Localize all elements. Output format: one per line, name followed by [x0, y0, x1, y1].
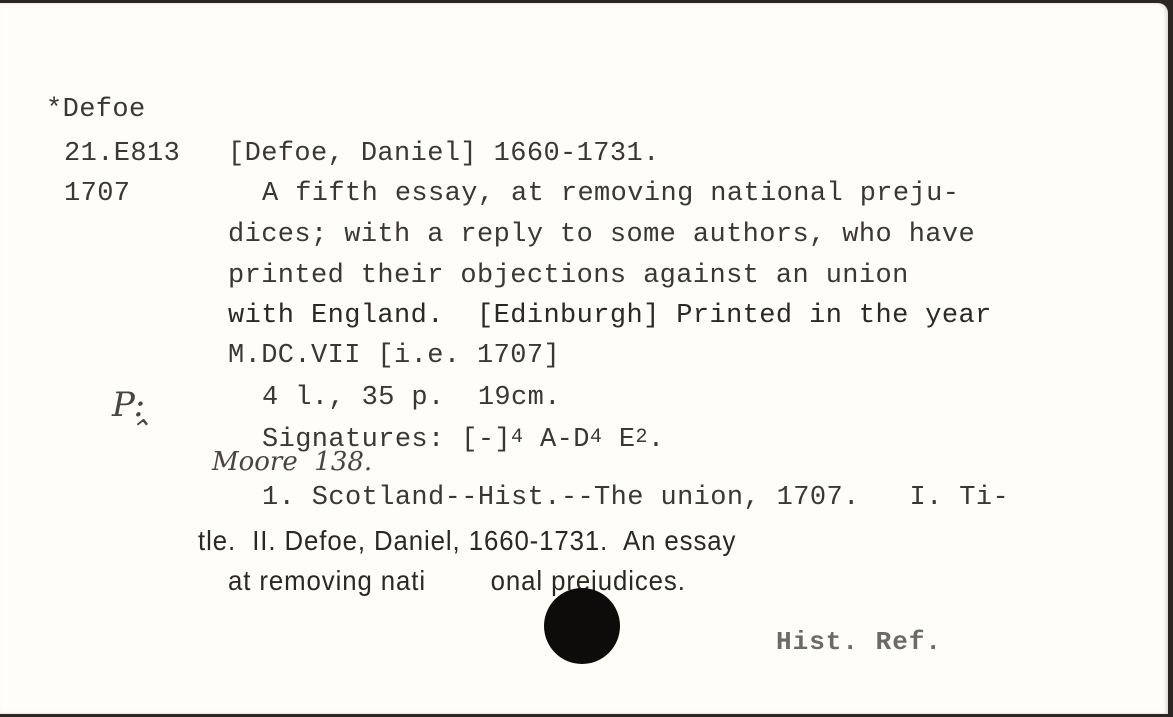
title-line-5: M.DC.VII [i.e. 1707] [228, 341, 560, 371]
call-number-line-2: 1707 [64, 179, 130, 209]
heading: *Defoe [46, 95, 146, 125]
title-line-3: printed their objections against an unio… [228, 261, 909, 291]
location-stamp: Hist. Ref. [776, 627, 942, 657]
caret-mark: ⌃ [128, 415, 150, 445]
call-number-line-1: 21.E813 [64, 139, 180, 169]
title-line-4: with England. [Edinburgh] Printed in the… [228, 301, 992, 331]
catalog-card: *Defoe 21.E813 1707 [Defoe, Daniel] 1660… [0, 3, 1168, 714]
title-line-2: dices; with a reply to some authors, who… [228, 220, 975, 250]
tracing-line-2: tle. II. Defoe, Daniel, 1660-1731. An es… [198, 526, 736, 556]
handwritten-note: Moore 138. [212, 447, 372, 477]
author-line: [Defoe, Daniel] 1660-1731. [228, 139, 660, 169]
title-line-1: A fifth essay, at removing national prej… [262, 179, 959, 209]
tracing-line-1: 1. Scotland--Hist.--The union, 1707. I. … [262, 483, 1009, 513]
collation: 4 l., 35 p. 19cm. [262, 383, 561, 413]
punch-hole [544, 588, 620, 664]
tracing-line-3: at removing nati onal prejudices. [228, 566, 686, 596]
